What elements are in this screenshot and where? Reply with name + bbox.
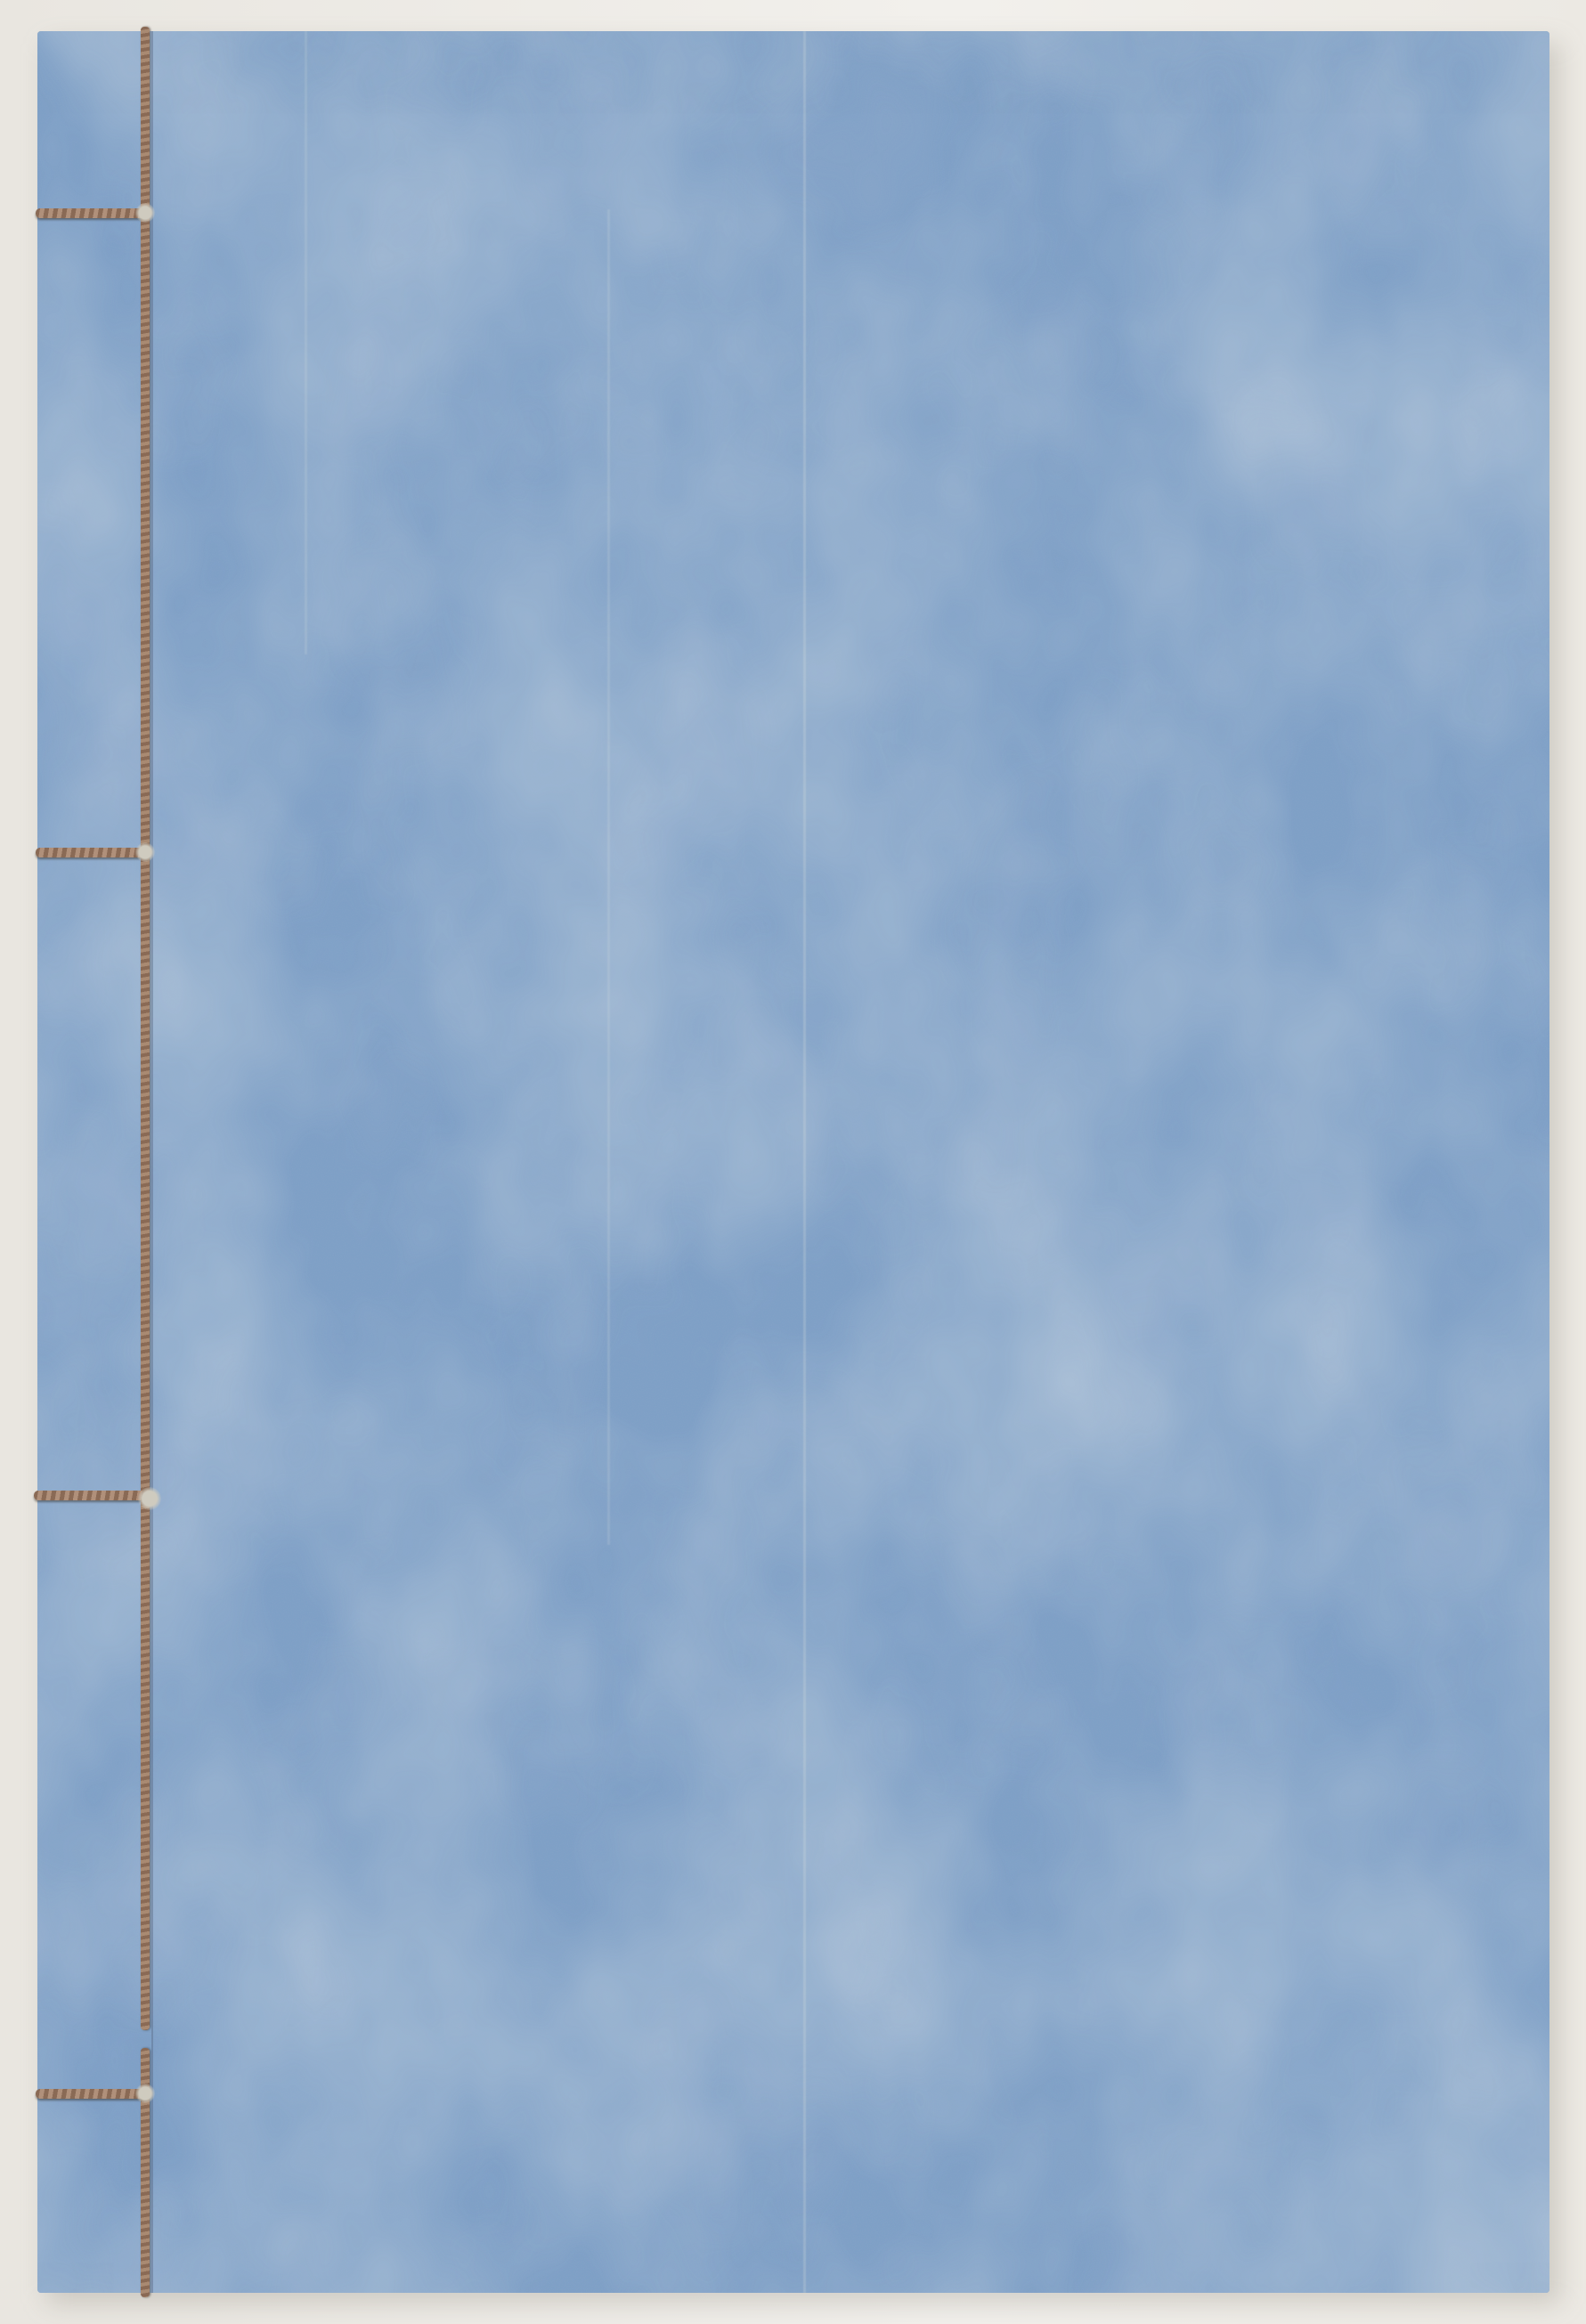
spine-fold — [151, 31, 153, 2293]
binding-stitch — [36, 208, 150, 218]
stitch-knot — [135, 2084, 155, 2103]
binding-stitch — [36, 848, 150, 857]
stitch-knot — [135, 842, 155, 862]
crease — [803, 31, 806, 2293]
stitch-knot — [135, 203, 155, 223]
book-cover — [37, 31, 1549, 2293]
binding-stitch — [36, 2089, 150, 2099]
binding-cord — [141, 27, 150, 2030]
crease — [305, 31, 307, 654]
stitch-knot — [138, 1487, 161, 1510]
binding-stitch — [34, 1491, 150, 1500]
paper-texture — [37, 31, 1549, 2293]
crease — [607, 209, 610, 1545]
